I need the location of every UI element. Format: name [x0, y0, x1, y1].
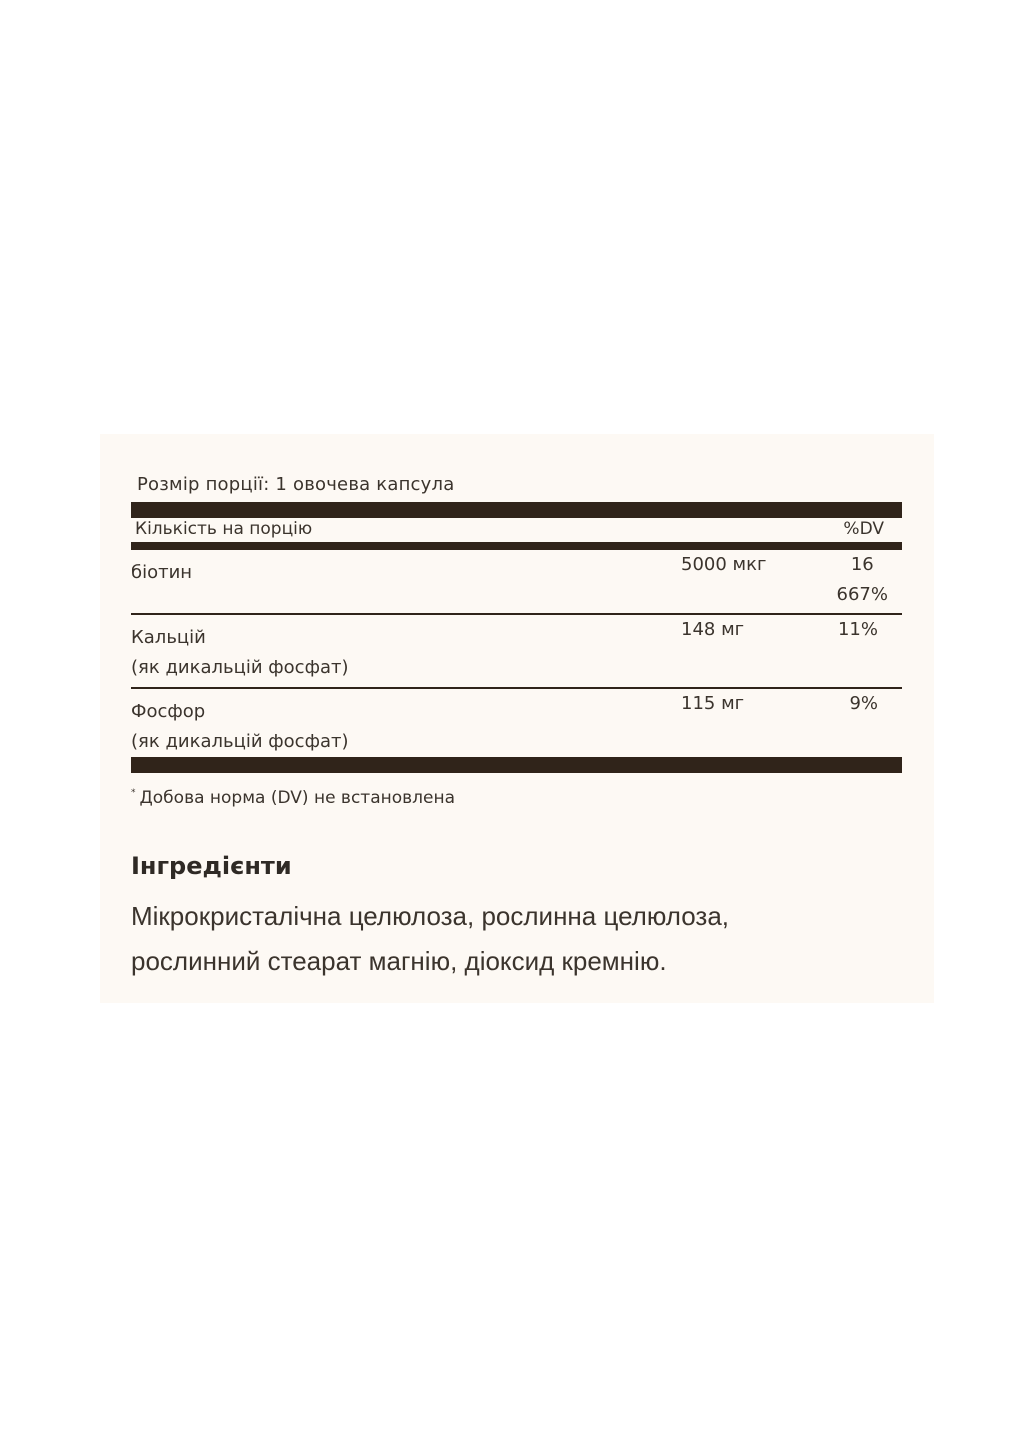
header-rule: [131, 542, 902, 550]
table-header: Кількість на порцію %DV: [131, 518, 902, 542]
nutrient-name: Фосфор (як дикальцій фосфат): [131, 697, 349, 757]
ingredients-line-2: рослинний стеарат магнію, діоксид кремні…: [131, 939, 911, 984]
nutrient-source: (як дикальцій фосфат): [131, 727, 349, 757]
dv-column-label: %DV: [843, 519, 884, 539]
nutrient-name: біотин: [131, 558, 192, 588]
nutrient-dv: 9%: [849, 689, 878, 719]
bottom-rule: [131, 757, 902, 773]
ingredients-heading: Інгредієнти: [131, 852, 292, 880]
nutrient-amount: 5000 мкг: [681, 550, 766, 580]
nutrient-amount: 115 мг: [681, 689, 744, 719]
table-row: біотин 5000 мкг 16 667%: [131, 550, 902, 613]
table-row: Кальцій (як дикальцій фосфат) 148 мг 11%: [131, 615, 902, 687]
footnote-mark: *: [131, 788, 136, 798]
nutrient-dv: 11%: [838, 615, 878, 645]
top-rule: [131, 502, 902, 518]
ingredients-line-1: Мікрокристалічна целюлоза, рослинна целю…: [131, 894, 911, 939]
nutrient-dv: 16 667%: [837, 550, 888, 610]
serving-size: Розмір порції: 1 овочева капсула: [137, 474, 454, 495]
table-row: Фосфор (як дикальцій фосфат) 115 мг 9%: [131, 689, 902, 757]
nutrient-amount: 148 мг: [681, 615, 744, 645]
footnote: *Добова норма (DV) не встановлена: [131, 788, 455, 808]
amount-per-serving-label: Кількість на порцію: [135, 519, 312, 539]
footnote-text: Добова норма (DV) не встановлена: [140, 788, 456, 808]
supplement-facts-panel: Розмір порції: 1 овочева капсула Кількіс…: [100, 434, 934, 1003]
nutrient-source: (як дикальцій фосфат): [131, 653, 349, 683]
nutrition-table: Кількість на порцію %DV біотин 5000 мкг …: [131, 502, 902, 773]
ingredients-list: Мікрокристалічна целюлоза, рослинна целю…: [131, 894, 911, 984]
nutrient-name: Кальцій (як дикальцій фосфат): [131, 623, 349, 683]
